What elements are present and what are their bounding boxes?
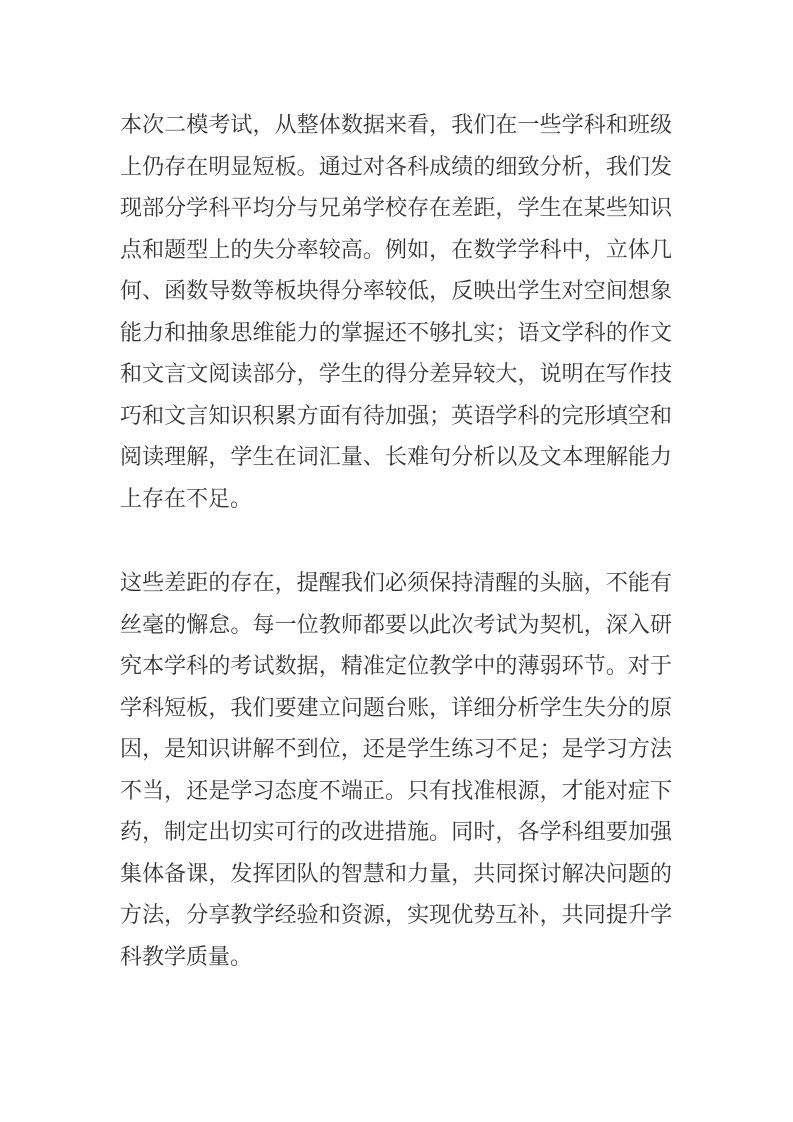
document-viewport: 本次二模考试，从整体数据来看，我们在一些学科和班级上仍存在明显短板。通过对各科成…	[0, 0, 793, 1122]
paragraph-improvement-measures: 这些差距的存在，提醒我们必须保持清醒的头脑，不能有丝毫的懈怠。每一位教师都要以此…	[120, 562, 672, 977]
document-page: 本次二模考试，从整体数据来看，我们在一些学科和班级上仍存在明显短板。通过对各科成…	[0, 0, 793, 1122]
paragraph-exam-analysis: 本次二模考试，从整体数据来看，我们在一些学科和班级上仍存在明显短板。通过对各科成…	[120, 104, 672, 519]
